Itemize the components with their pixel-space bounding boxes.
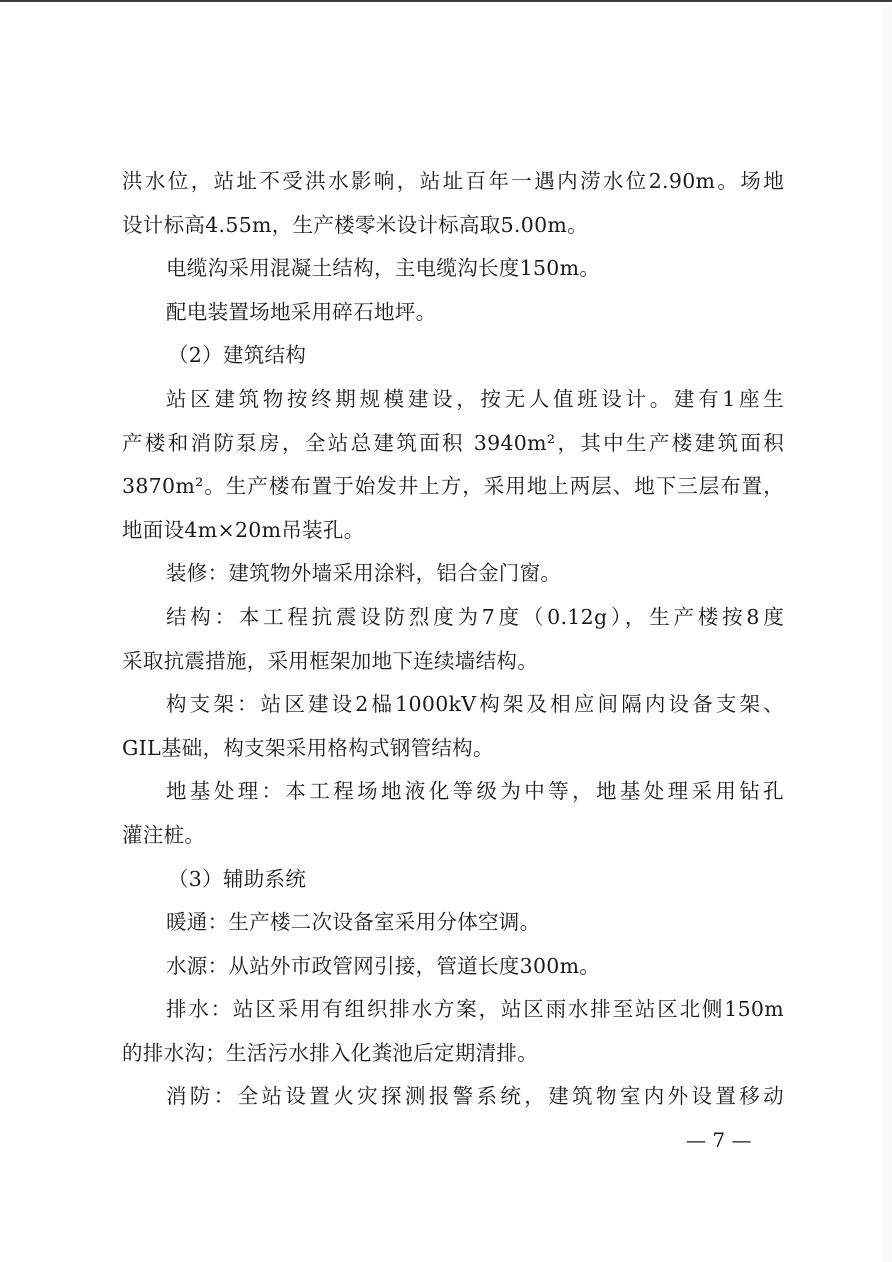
paragraph-buildings-line-3: 3870m²。生产楼布置于始发井上方，采用地上两层、地下三层布置，: [122, 468, 784, 512]
paragraph-water-source: 水源：从站外市政管网引接，管道长度300m。: [122, 948, 784, 992]
paragraph-drainage-line-2: 的排水沟；生活污水排入化粪池后定期清排。: [122, 1035, 784, 1079]
paragraph-buildings-line-2: 产楼和消防泵房，全站总建筑面积 3940m²，其中生产楼建筑面积: [122, 425, 784, 469]
page-number: — 7 —: [686, 1126, 751, 1154]
paragraph-foundation-line-1: 地基处理：本工程场地液化等级为中等，地基处理采用钻孔: [122, 773, 784, 817]
section-heading-building-structure: （2）建筑结构: [122, 337, 784, 381]
paragraph-supports-line-2: GIL基础，构支架采用格构式钢管结构。: [122, 730, 784, 774]
paragraph-structure-line-2: 采取抗震措施，采用框架加地下连续墙结构。: [122, 643, 784, 687]
right-edge-shade: [882, 4, 892, 1262]
paragraph-supports-line-1: 构支架：站区建设2榀1000kV构架及相应间隔内设备支架、: [122, 686, 784, 730]
paragraph-cable-trench: 电缆沟采用混凝土结构，主电缆沟长度150m。: [122, 250, 784, 294]
paragraph-hvac: 暖通：生产楼二次设备室采用分体空调。: [122, 904, 784, 948]
document-body: 洪水位，站址不受洪水影响，站址百年一遇内涝水位2.90m。场地 设计标高4.55…: [122, 163, 784, 1122]
text-line-1: 洪水位，站址不受洪水影响，站址百年一遇内涝水位2.90m。场地: [122, 163, 784, 207]
paragraph-drainage-line-1: 排水：站区采用有组织排水方案，站区雨水排至站区北侧150m: [122, 991, 784, 1035]
text-line-2: 设计标高4.55m，生产楼零米设计标高取5.00m。: [122, 207, 784, 251]
paragraph-buildings-line-4: 地面设4m×20m吊装孔。: [122, 512, 784, 556]
top-border-line: [0, 0, 892, 2]
paragraph-fire-protection-line-1: 消防：全站设置火灾探测报警系统，建筑物室内外设置移动: [122, 1078, 784, 1122]
paragraph-decoration: 装修：建筑物外墙采用涂料，铝合金门窗。: [122, 555, 784, 599]
paragraph-structure-line-1: 结构：本工程抗震设防烈度为7度（0.12g），生产楼按8度: [122, 599, 784, 643]
paragraph-foundation-line-2: 灌注桩。: [122, 817, 784, 861]
section-heading-auxiliary-systems: （3）辅助系统: [122, 861, 784, 905]
paragraph-buildings-line-1: 站区建筑物按终期规模建设，按无人值班设计。建有1座生: [122, 381, 784, 425]
paragraph-switchyard-ground: 配电装置场地采用碎石地坪。: [122, 294, 784, 338]
